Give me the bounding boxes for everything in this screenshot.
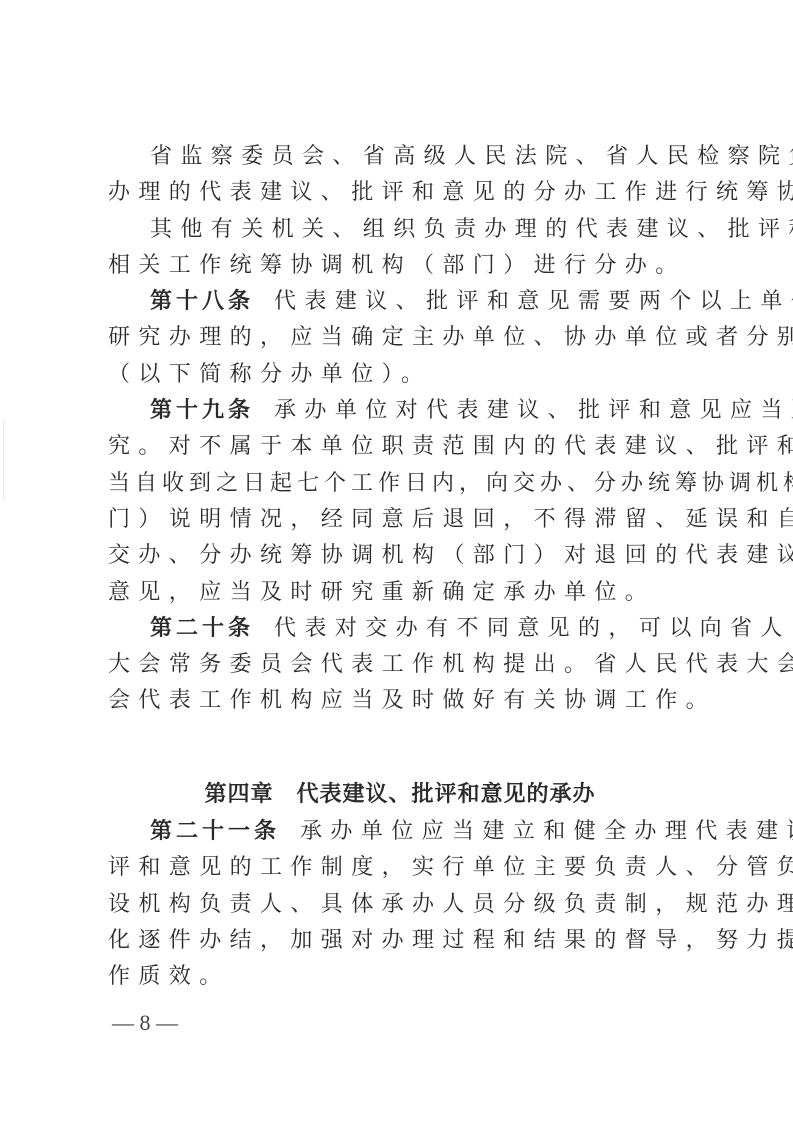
text-line: 设机构负责人、具体承办人员分级负责制，规范办理程序，强: [108, 887, 692, 923]
text-line: 办理的代表建议、批评和意见的分办工作进行统筹协调。: [108, 175, 692, 211]
text-line: 大会常务委员会代表工作机构提出。省人民代表大会常务委员: [108, 647, 692, 683]
article-number: 第十九条: [150, 398, 254, 423]
article-19: 第十九条承办单位对代表建议、批评和意见应当及时研 究。对不属于本单位职责范围内的…: [108, 393, 692, 611]
text-line: 当自收到之日起七个工作日内，向交办、分办统筹协调机构（部: [108, 466, 692, 502]
scan-edge-line: [3, 420, 4, 500]
article-number: 第二十条: [150, 616, 254, 641]
article-20: 第二十条代表对交办有不同意见的，可以向省人民代表 大会常务委员会代表工作机构提出…: [108, 611, 692, 720]
text-line: 相关工作统筹协调机构（部门）进行分办。: [108, 248, 692, 284]
article-text: 承办单位对代表建议、批评和意见应当及时研: [274, 398, 793, 423]
text-line: 第二十一条承办单位应当建立和健全办理代表建议、批: [108, 814, 692, 850]
text-line: 其他有关机关、组织负责办理的代表建议、批评和意见由: [108, 212, 692, 248]
text-line: 化逐件办结，加强对办理过程和结果的督导，努力提高办理工: [108, 923, 692, 959]
article-number: 第二十一条: [150, 819, 280, 844]
document-page: 省监察委员会、省高级人民法院、省人民检察院负责对其 办理的代表建议、批评和意见的…: [108, 139, 692, 720]
article-text: 代表对交办有不同意见的，可以向省人民代表: [274, 616, 793, 641]
text-line: 门）说明情况，经同意后退回，不得滞留、延误和自行转办。: [108, 502, 692, 538]
text-line: 交办、分办统筹协调机构（部门）对退回的代表建议、批评和: [108, 538, 692, 574]
article-number: 第十八条: [150, 289, 254, 314]
text-line: 研究办理的，应当确定主办单位、协办单位或者分别办理单位: [108, 320, 692, 356]
text-line: 会代表工作机构应当及时做好有关协调工作。: [108, 683, 692, 719]
paragraph-1: 省监察委员会、省高级人民法院、省人民检察院负责对其 办理的代表建议、批评和意见的…: [108, 139, 692, 212]
text-line: 第十九条承办单位对代表建议、批评和意见应当及时研: [108, 393, 692, 429]
text-line: 究。对不属于本单位职责范围内的代表建议、批评和意见，应: [108, 429, 692, 465]
text-line: 意见，应当及时研究重新确定承办单位。: [108, 575, 692, 611]
text-line: 评和意见的工作制度，实行单位主要负责人、分管负责人、内: [108, 850, 692, 886]
text-line: 作质效。: [108, 959, 692, 995]
article-text: 承办单位应当建立和健全办理代表建议、批: [300, 819, 793, 844]
article-18: 第十八条代表建议、批评和意见需要两个以上单位共同 研究办理的，应当确定主办单位、…: [108, 284, 692, 393]
article-text: 代表建议、批评和意见需要两个以上单位共同: [274, 289, 793, 314]
chapter-heading: 第四章 代表建议、批评和意见的承办: [108, 777, 692, 808]
paragraph-2: 其他有关机关、组织负责办理的代表建议、批评和意见由 相关工作统筹协调机构（部门）…: [108, 212, 692, 285]
text-line: （以下简称分办单位）。: [108, 357, 692, 393]
text-line: 省监察委员会、省高级人民法院、省人民检察院负责对其: [108, 139, 692, 175]
text-line: 第二十条代表对交办有不同意见的，可以向省人民代表: [108, 611, 692, 647]
article-21: 第二十一条承办单位应当建立和健全办理代表建议、批 评和意见的工作制度，实行单位主…: [108, 814, 692, 995]
text-line: 第十八条代表建议、批评和意见需要两个以上单位共同: [108, 284, 692, 320]
page-number: — 8 —: [112, 1010, 178, 1036]
